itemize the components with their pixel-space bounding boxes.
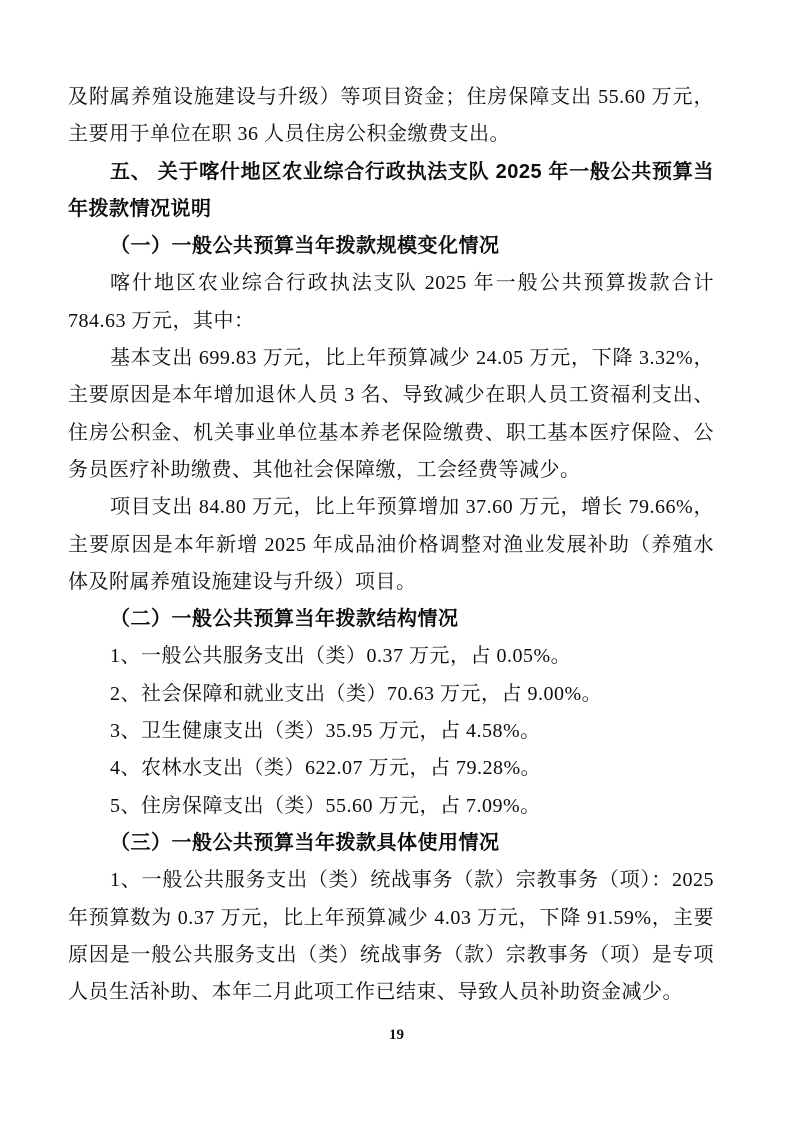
- page-number: 19: [0, 1024, 793, 1046]
- section-heading: （二）一般公共预算当年拨款结构情况: [68, 601, 714, 638]
- paragraph: 4、农林水支出（类）622.07 万元，占 79.28%。: [68, 750, 714, 787]
- paragraph: 项目支出 84.80 万元，比上年预算增加 37.60 万元，增长 79.66%…: [68, 489, 714, 601]
- paragraph: 5、住房保障支出（类）55.60 万元，占 7.09%。: [68, 788, 714, 825]
- paragraph: 3、卫生健康支出（类）35.95 万元，占 4.58%。: [68, 713, 714, 750]
- document-page: 及附属养殖设施建设与升级）等项目资金；住房保障支出 55.60 万元，主要用于单…: [0, 0, 793, 1122]
- paragraph: 基本支出 699.83 万元，比上年预算减少 24.05 万元，下降 3.32%…: [68, 340, 714, 489]
- section-heading: （一）一般公共预算当年拨款规模变化情况: [68, 228, 714, 265]
- section-heading: 五、 关于喀什地区农业综合行政执法支队 2025 年一般公共预算当年拨款情况说明: [68, 154, 714, 229]
- document-body: 及附属养殖设施建设与升级）等项目资金；住房保障支出 55.60 万元，主要用于单…: [68, 79, 714, 1011]
- paragraph: 及附属养殖设施建设与升级）等项目资金；住房保障支出 55.60 万元，主要用于单…: [68, 79, 714, 154]
- section-heading: （三）一般公共预算当年拨款具体使用情况: [68, 825, 714, 862]
- paragraph: 喀什地区农业综合行政执法支队 2025 年一般公共预算拨款合计 784.63 万…: [68, 265, 714, 340]
- paragraph: 2、社会保障和就业支出（类）70.63 万元，占 9.00%。: [68, 676, 714, 713]
- paragraph: 1、一般公共服务支出（类）统战事务（款）宗教事务（项）：2025 年预算数为 0…: [68, 862, 714, 1011]
- paragraph: 1、一般公共服务支出（类）0.37 万元，占 0.05%。: [68, 638, 714, 675]
